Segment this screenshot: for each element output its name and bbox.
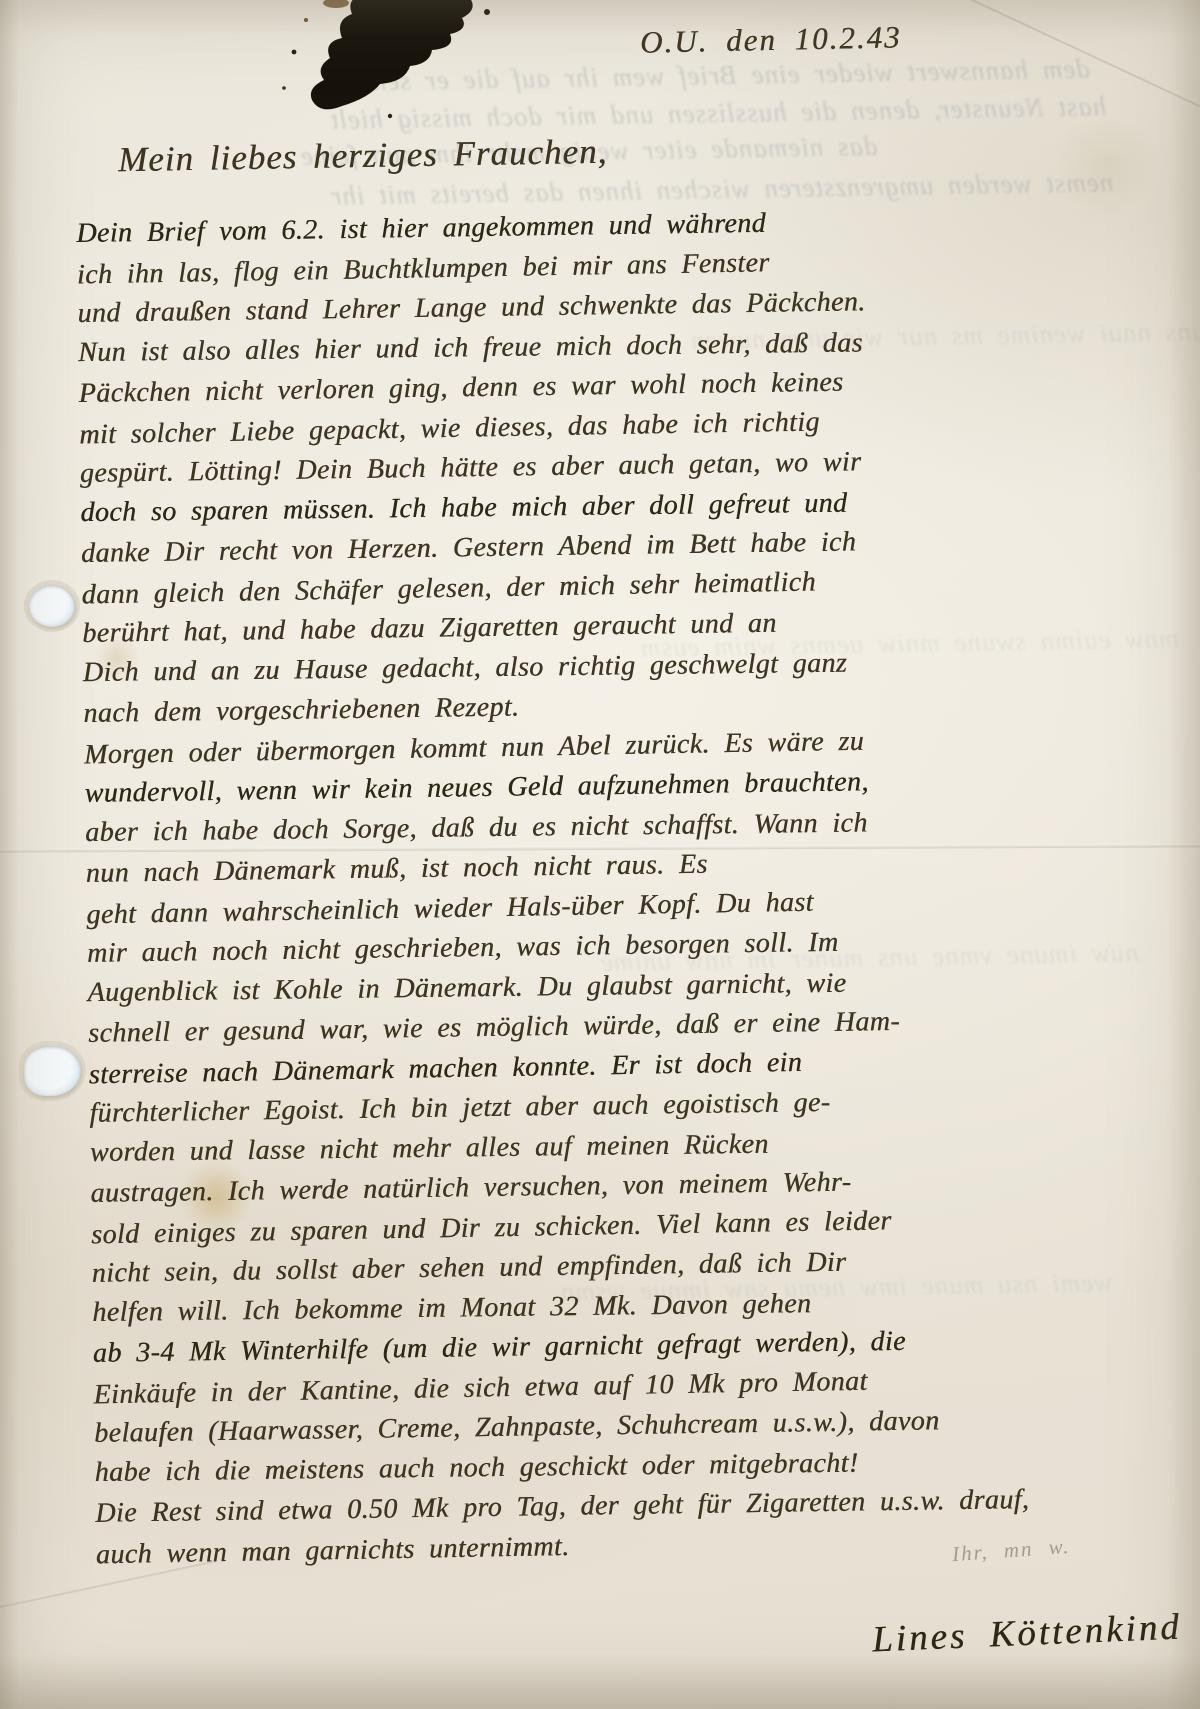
letter-body: Dein Brief vom 6.2. ist hier angekommen … xyxy=(76,198,1176,1574)
punch-hole-bottom xyxy=(24,1046,81,1096)
letter-page: dem hannswert wieder eine Brief wem ihr … xyxy=(0,0,1200,1709)
salutation: Mein liebes herziges Frauchen, xyxy=(118,132,608,181)
ink-blot xyxy=(272,0,504,130)
signature: Lines Köttenkind xyxy=(871,1606,1182,1662)
punch-hole-top xyxy=(29,585,75,627)
date-line: O.U. den 10.2.43 xyxy=(640,19,902,60)
